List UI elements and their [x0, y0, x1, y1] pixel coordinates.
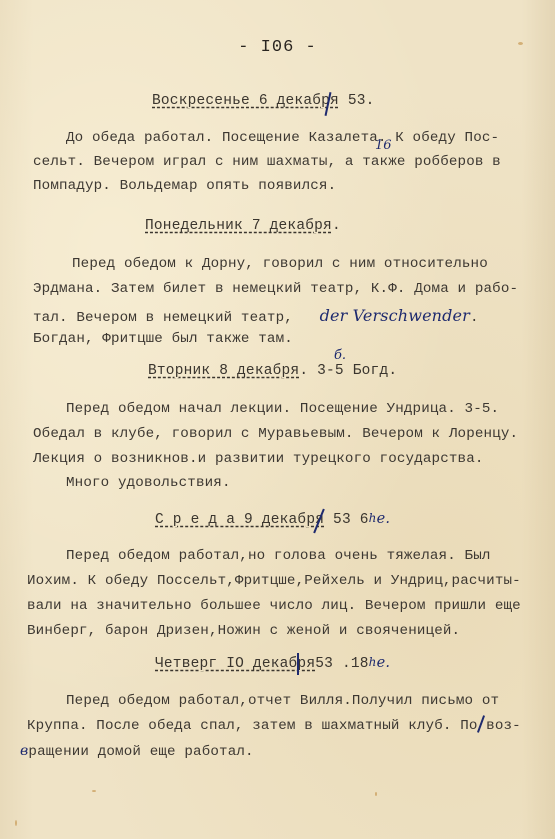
- entry-text-line: сельт. Вечером играл с ним шахматы, а та…: [33, 154, 501, 170]
- entry-text-line: Круппа. После обеда спал, затем в шахмат…: [27, 718, 521, 734]
- entry-text-line: вращении домой еще работал.: [20, 743, 254, 760]
- entry-text-line: тал. Вечером в немецкий театр, der Versc…: [33, 306, 479, 326]
- entry-text: тал. Вечером в немецкий театр,: [33, 310, 293, 326]
- entry-text-line: Богдан, Фритцше был также там.: [33, 331, 293, 347]
- entry-heading-title: Вторник 8 декабря: [148, 363, 299, 379]
- handwritten-suffix: е.: [377, 655, 391, 671]
- entry-heading-sunday: Воскресенье 6 декабря 53.: [152, 93, 375, 109]
- handwritten-superscript: h: [369, 511, 377, 525]
- entry-heading-title: Четверг IO декабря: [155, 656, 315, 672]
- entry-heading-suffix: 53 .18: [315, 656, 368, 672]
- handwritten-slash-mark: [297, 653, 299, 675]
- entry-text-line: вали на значительно большее число лиц. В…: [27, 598, 521, 614]
- entry-text-line: Перед обедом работал,отчет Вилля.Получил…: [66, 693, 499, 709]
- entry-text-line: Иохим. К обеду Поссельт,Фритцше,Рейхель …: [27, 573, 521, 589]
- paper-speck: [518, 42, 523, 45]
- entry-heading-suffix: .: [332, 218, 341, 234]
- paper-speck: [375, 792, 377, 796]
- entry-text-line: Эрдмана. Затем билет в немецкий театр, К…: [33, 281, 518, 297]
- entry-text-line: Помпадур. Вольдемар опять появился.: [33, 178, 336, 194]
- entry-text: .: [470, 310, 479, 326]
- entry-heading-monday: Понедельник 7 декабря.: [145, 218, 341, 234]
- entry-text-line: Винберг, барон Дризен,Ножин с женой и св…: [27, 623, 460, 639]
- paper-speck: [15, 820, 17, 826]
- entry-text-line: Много удовольствия.: [66, 475, 231, 491]
- document-page: - I06 - Воскресенье 6 декабря 53. До обе…: [0, 0, 555, 839]
- entry-heading-title: С р е д а 9 декабря: [155, 512, 324, 528]
- page-number: - I06 -: [0, 38, 555, 57]
- handwritten-suffix: е.: [377, 511, 391, 527]
- entry-heading-tuesday: Вторник 8 декабря. 3-5 Богд.: [148, 363, 397, 379]
- entry-text-line: До обеда работал. Посещение Казалета. К …: [66, 130, 499, 146]
- entry-text-line: Обедал в клубе, говорил с Муравьевым. Ве…: [33, 426, 518, 442]
- entry-heading-title: Воскресенье 6 декабря: [152, 93, 339, 109]
- entry-heading-suffix: 53 6: [324, 512, 369, 528]
- entry-heading-suffix: . 3-5 Богд.: [299, 363, 397, 379]
- entry-heading-suffix: 53.: [339, 93, 375, 109]
- entry-heading-wednesday: С р е д а 9 декабря 53 6hе.: [155, 511, 390, 528]
- entry-text: ращении домой еще работал.: [28, 744, 253, 760]
- paper-speck: [92, 790, 96, 792]
- entry-text-line: Перед обедом к Дорну, говорил с ним отно…: [72, 256, 488, 272]
- handwritten-insert: б.: [334, 348, 346, 363]
- handwritten-number-insert: 16: [375, 138, 392, 153]
- handwritten-play-title: der Verschwender: [320, 306, 470, 325]
- entry-heading-title: Понедельник 7 декабря: [145, 218, 332, 234]
- entry-text-line: Перед обедом работал,но голова очень тяж…: [66, 548, 491, 564]
- entry-text-line: Перед обедом начал лекции. Посещение Унд…: [66, 401, 499, 417]
- entry-heading-thursday: Четверг IO декабря53 .18hе.: [155, 655, 390, 672]
- entry-text-line: Лекция о возникнов.и развитии турецкого …: [33, 451, 484, 467]
- handwritten-superscript: h: [369, 655, 377, 669]
